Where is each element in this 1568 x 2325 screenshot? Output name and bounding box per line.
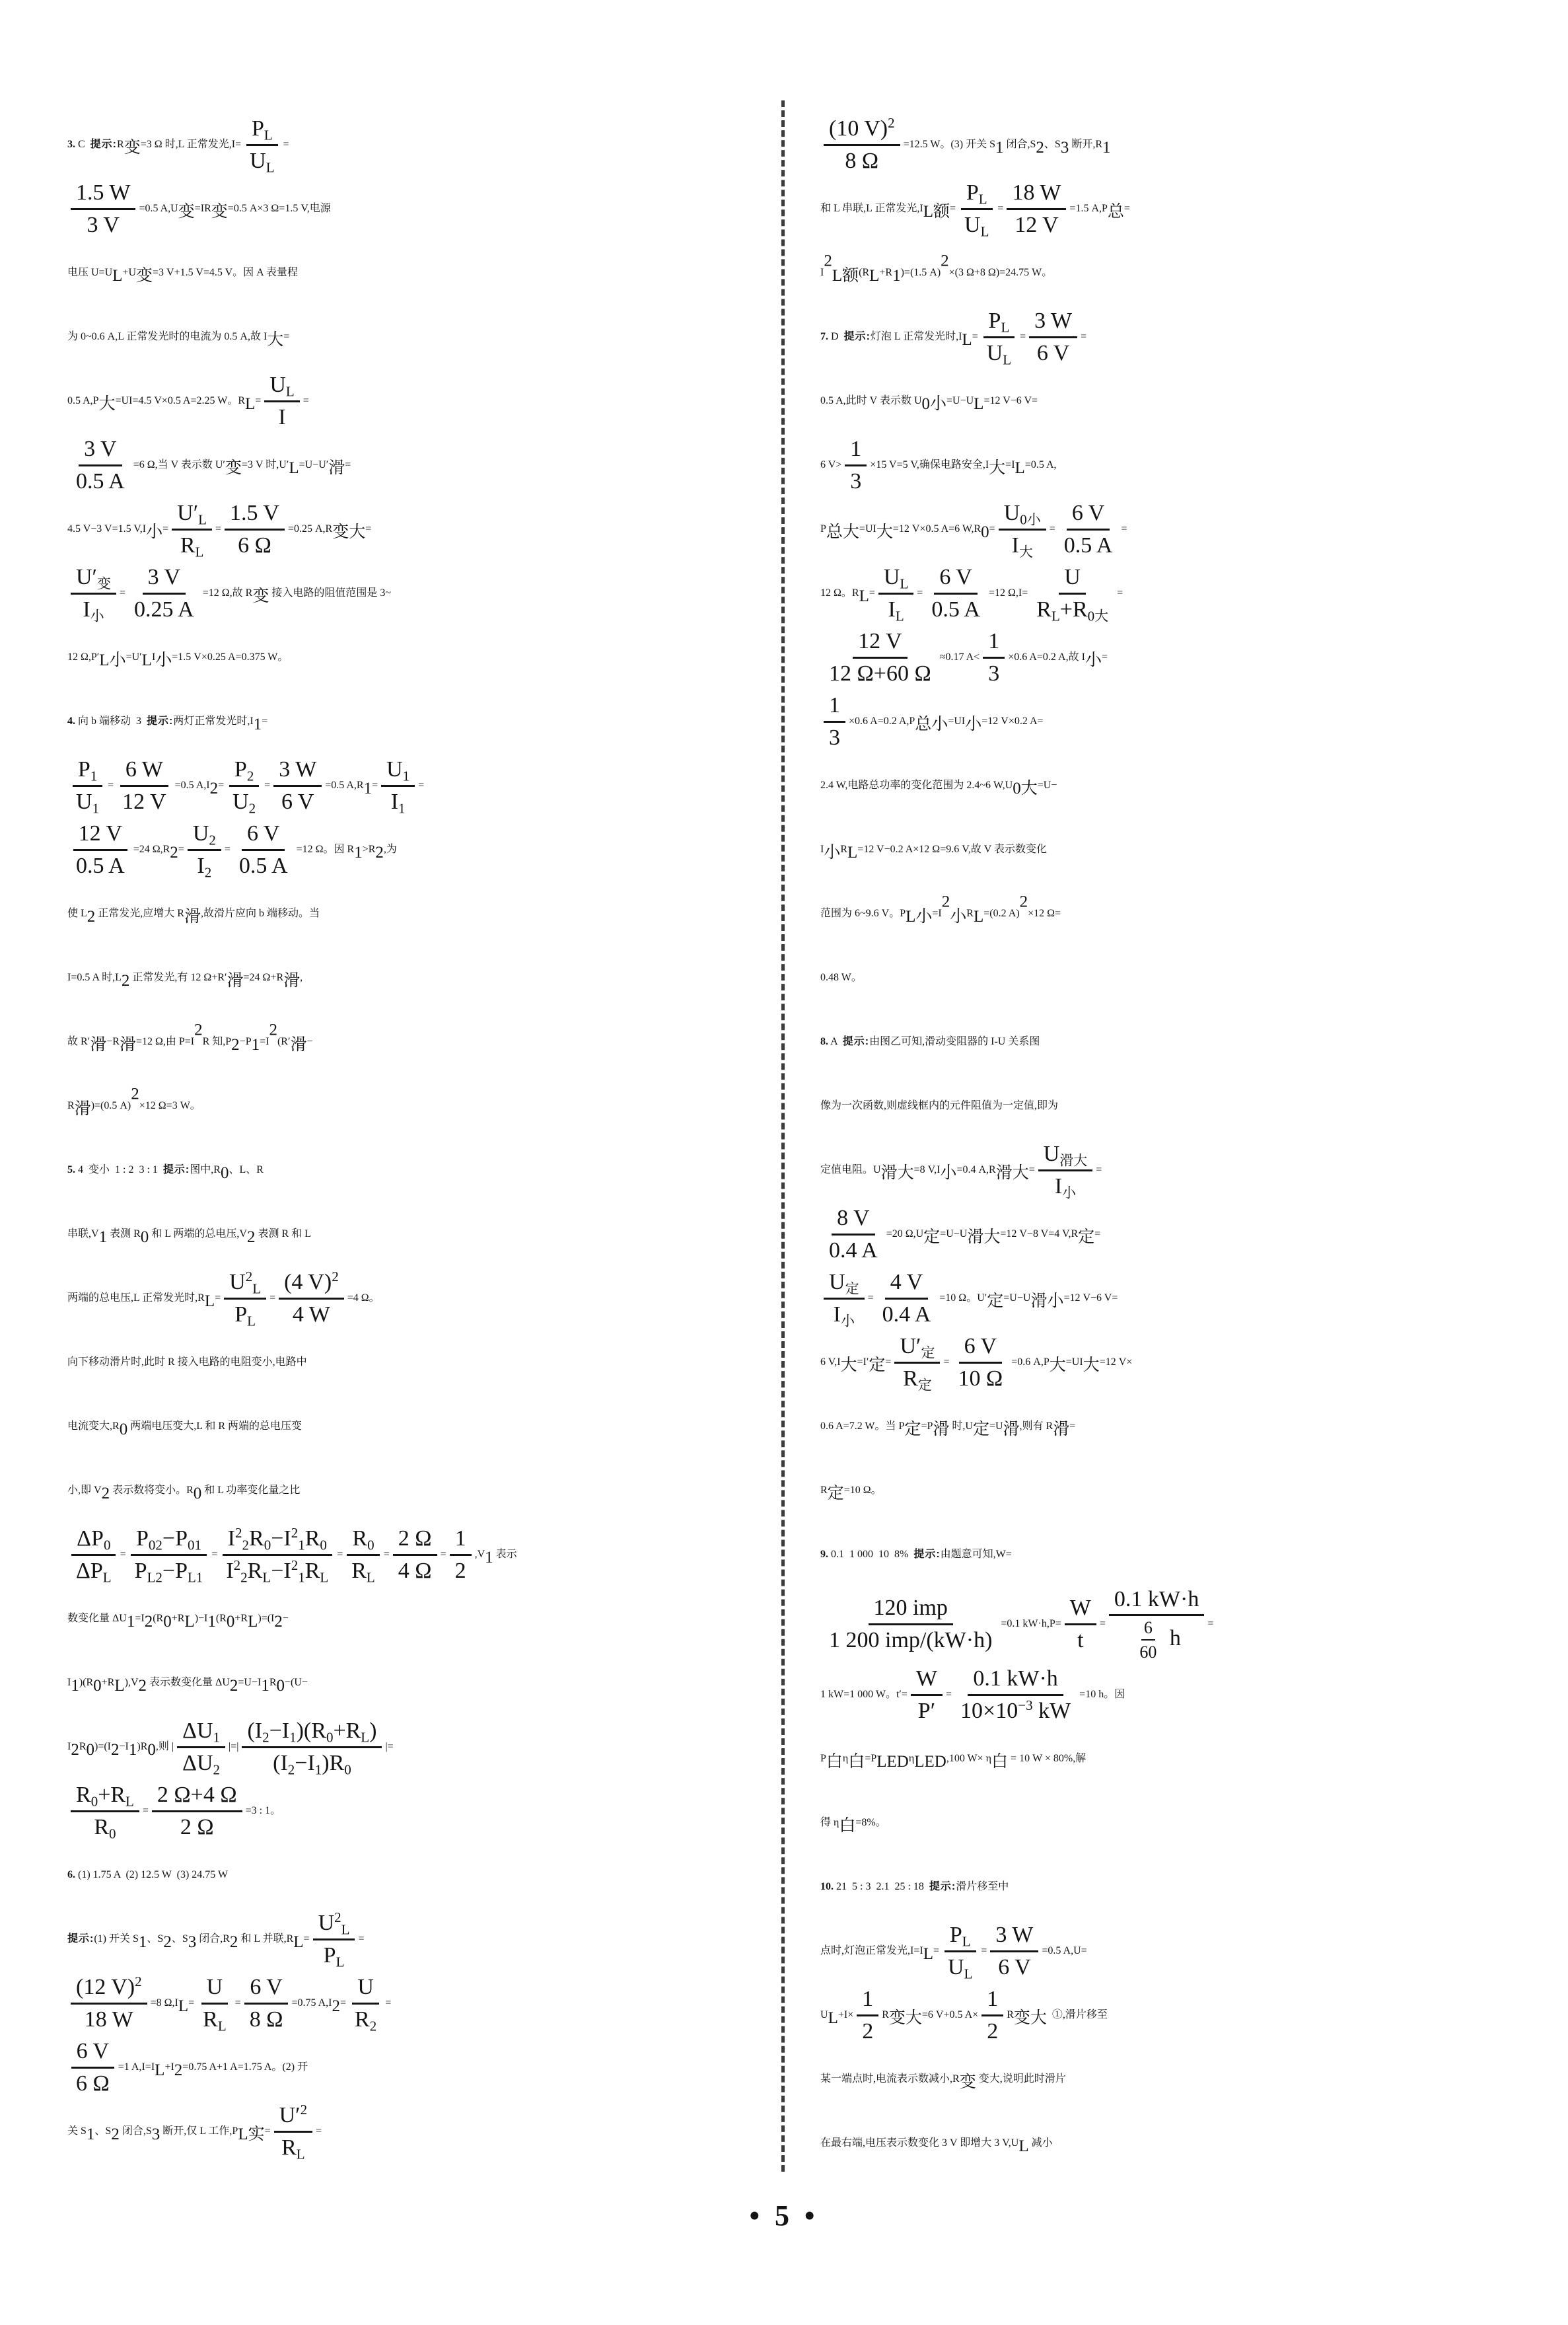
text-line: 13×0.6 A=0.2 A,P总小=UI小=12 V×0.2 A= <box>820 689 1524 753</box>
text-line: UL+I×12R变大=6 V+0.5 A×12R变大 ①,滑片移至 <box>820 1983 1524 2047</box>
text-line: 4. 向 b 端移动 3 提示:两灯正常发光时,I1= <box>67 689 738 753</box>
text-line: 关 S1、S2 闭合,S3 断开,仅 L 工作,PL实=U′2RL= <box>67 2099 738 2163</box>
text-line: 0.6 A=7.2 W。当 P定=P滑 时,U定=U滑,则有 R滑= <box>820 1394 1524 1458</box>
text-line: 0.5 A,此时 V 表示数 U0小=U−UL=12 V−6 V= <box>820 369 1524 433</box>
column-divider <box>781 100 785 2172</box>
text-line: U定I小=4 V0.4 A=10 Ω。U′定=U−U滑小=12 V−6 V= <box>820 1266 1524 1330</box>
text-line: 120 imp1 200 imp/(kW·h)=0.1 kW·h,P=Wt=0.… <box>820 1586 1524 1662</box>
text-line: ΔP0ΔPL=P02−P01PL2−PL1=I22R0−I21R0I22RL−I… <box>67 1522 738 1586</box>
text-line: 12 V0.5 A=24 Ω,R2=U2I2=6 V0.5 A=12 Ω。因 R… <box>67 817 738 881</box>
text-line: 某一端点时,电流表示数减小,R变 变大,说明此时滑片 <box>820 2047 1524 2111</box>
text-line: P总大=UI大=12 V×0.5 A=6 W,R0=U0小I大=6 V0.5 A… <box>820 497 1524 561</box>
text-line: R0+RLR0=2 Ω+4 Ω2 Ω=3 : 1。 <box>67 1779 738 1843</box>
text-line: 1 kW=1 000 W。t′=WP′=0.1 kW·h10×10−3 kW=1… <box>820 1662 1524 1726</box>
text-line: 故 R′滑−R滑=12 Ω,由 P=I2R 知,P2−P1=I2(R′滑− <box>67 1010 738 1074</box>
text-line: 0.48 W。 <box>820 945 1524 1010</box>
text-line: 10. 21 5 : 3 2.1 25 : 18 提示:滑片移至中 <box>820 1855 1524 1919</box>
text-line: 点时,灯泡正常发光,I=IL=PLUL=3 W6 V=0.5 A,U= <box>820 1919 1524 1983</box>
text-line: 和 L 串联,L 正常发光,IL额=PLUL=18 W12 V=1.5 A,P总… <box>820 176 1524 240</box>
text-line: 使 L2 正常发光,应增大 R滑,故滑片应向 b 端移动。当 <box>67 881 738 945</box>
text-line: R滑)=(0.5 A)2×12 Ω=3 W。 <box>67 1074 738 1138</box>
text-line: 6. (1) 1.75 A (2) 12.5 W (3) 24.75 W <box>67 1843 738 1907</box>
text-line: 两端的总电压,L 正常发光时,RL=U2LPL=(4 V)24 W=4 Ω。 <box>67 1266 738 1330</box>
text-line: 0.5 A,P大=UI=4.5 V×0.5 A=2.25 W。RL=ULI= <box>67 369 738 433</box>
text-line: 3. C 提示:R变=3 Ω 时,L 正常发光,I=PLUL= <box>67 112 738 176</box>
left-column: 3. C 提示:R变=3 Ω 时,L 正常发光,I=PLUL=1.5 W3 V=… <box>67 112 738 2163</box>
text-line: 1.5 W3 V=0.5 A,U变=IR变=0.5 A×3 Ω=1.5 V,电源 <box>67 176 738 240</box>
page-number: • 5 • <box>750 2199 819 2232</box>
text-line: I2R0)=(I2−I1)R0,则 |ΔU1ΔU2|=|(I2−I1)(R0+R… <box>67 1715 738 1779</box>
text-line: 电压 U=UL+U变=3 V+1.5 V=4.5 V。因 A 表量程 <box>67 240 738 305</box>
text-line: 9. 0.1 1 000 10 8% 提示:由题意可知,W= <box>820 1522 1524 1586</box>
text-line: 6 V>13×15 V=5 V,确保电路安全,I大=IL=0.5 A, <box>820 433 1524 497</box>
text-line: 小,即 V2 表示数将变小。R0 和 L 功率变化量之比 <box>67 1458 738 1522</box>
text-line: 串联,V1 表测 R0 和 L 两端的总电压,V2 表测 R 和 L <box>67 1202 738 1266</box>
text-line: I=0.5 A 时,L2 正常发光,有 12 Ω+R′滑=24 Ω+R滑, <box>67 945 738 1010</box>
text-line: 在最右端,电压表示数变化 3 V 即增大 3 V,UL 减小 <box>820 2111 1524 2175</box>
text-line: 为 0~0.6 A,L 正常发光时的电流为 0.5 A,故 I大= <box>67 305 738 369</box>
text-line: P白η白=PLEDηLED,100 W× η白 = 10 W × 80%,解 <box>820 1726 1524 1790</box>
text-line: 3 V0.5 A=6 Ω,当 V 表示数 U′变=3 V 时,U′L=U−U′滑… <box>67 433 738 497</box>
text-line: (10 V)28 Ω=12.5 W。(3) 开关 S1 闭合,S2、S3 断开,… <box>820 112 1524 176</box>
text-line: 8 V0.4 A=20 Ω,U定=U−U滑大=12 V−8 V=4 V,R定= <box>820 1202 1524 1266</box>
text-line: 8. A 提示:由图乙可知,滑动变阻器的 I-U 关系图 <box>820 1010 1524 1074</box>
text-line: 得 η白=8%。 <box>820 1790 1524 1855</box>
text-line: 12 V12 Ω+60 Ω≈0.17 A<13×0.6 A=0.2 A,故 I小… <box>820 625 1524 689</box>
text-line: U′变I小=3 V0.25 A=12 Ω,故 R变 接入电路的阻值范围是 3~ <box>67 561 738 625</box>
answer-key-page: 3. C 提示:R变=3 Ω 时,L 正常发光,I=PLUL=1.5 W3 V=… <box>0 0 1568 2325</box>
text-line: 6 V,I大=I′定=U′定R定=6 V10 Ω=0.6 A,P大=UI大=12… <box>820 1330 1524 1394</box>
text-line: 像为一次函数,则虚线框内的元件阻值为一定值,即为 <box>820 1074 1524 1138</box>
text-line: P1U1=6 W12 V=0.5 A,I2=P2U2=3 W6 V=0.5 A,… <box>67 753 738 817</box>
text-line: 12 Ω。RL=ULIL=6 V0.5 A=12 Ω,I=URL+R0大= <box>820 561 1524 625</box>
text-line: 范围为 6~9.6 V。PL小=I2小RL=(0.2 A)2×12 Ω= <box>820 881 1524 945</box>
text-line: 12 Ω,P′L小=U′LI小=1.5 V×0.25 A=0.375 W。 <box>67 625 738 689</box>
text-line: 4.5 V−3 V=1.5 V,I小=U′LRL=1.5 V6 Ω=0.25 A… <box>67 497 738 561</box>
text-line: 数变化量 ΔU1=I2(R0+RL)−I1(R0+RL)=(I2− <box>67 1586 738 1650</box>
text-line: 7. D 提示:灯泡 L 正常发光时,IL=PLUL=3 W6 V= <box>820 305 1524 369</box>
text-line: (12 V)218 W=8 Ω,IL=URL=6 V8 Ω=0.75 A,I2=… <box>67 1971 738 2035</box>
page-footer: • 5 • <box>0 2199 1568 2233</box>
right-column: (10 V)28 Ω=12.5 W。(3) 开关 S1 闭合,S2、S3 断开,… <box>820 112 1524 2175</box>
text-line: I2L额(RL+R1)=(1.5 A)2×(3 Ω+8 Ω)=24.75 W。 <box>820 240 1524 305</box>
text-line: 5. 4 变小 1 : 2 3 : 1 提示:图中,R0、L、R <box>67 1138 738 1202</box>
text-line: I1)(R0+RL),V2 表示数变化量 ΔU2=U−I1R0−(U− <box>67 1650 738 1715</box>
text-line: I小RL=12 V−0.2 A×12 Ω=9.6 V,故 V 表示数变化 <box>820 817 1524 881</box>
text-line: 6 V6 Ω=1 A,I=IL+I2=0.75 A+1 A=1.75 A。(2)… <box>67 2035 738 2099</box>
text-line: 2.4 W,电路总功率的变化范围为 2.4~6 W,U0大=U− <box>820 753 1524 817</box>
text-line: 向下移动滑片时,此时 R 接入电路的电阻变小,电路中 <box>67 1330 738 1394</box>
text-line: R定=10 Ω。 <box>820 1458 1524 1522</box>
text-line: 定值电阻。U滑大=8 V,I小=0.4 A,R滑大=U滑大I小= <box>820 1138 1524 1202</box>
text-line: 提示:(1) 开关 S1、S2、S3 闭合,R2 和 L 并联,RL=U2LPL… <box>67 1907 738 1971</box>
text-line: 电流变大,R0 两端电压变大,L 和 R 两端的总电压变 <box>67 1394 738 1458</box>
